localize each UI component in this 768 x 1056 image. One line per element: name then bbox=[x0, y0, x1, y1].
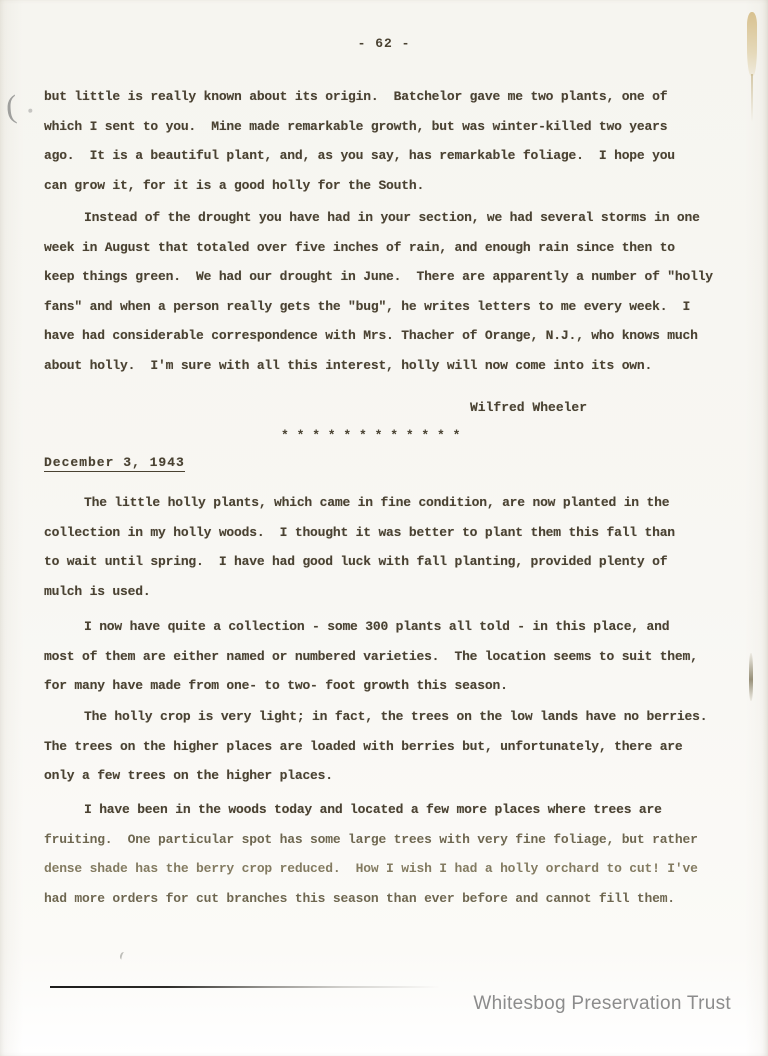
letter-line: had more orders for cut branches this se… bbox=[44, 884, 750, 914]
paragraph-collection: I now have quite a collection - some 300… bbox=[44, 612, 750, 701]
small-pencil-mark bbox=[119, 951, 127, 960]
letter-line: fruiting. One particular spot has some l… bbox=[44, 825, 750, 855]
letter-line: Instead of the drought you have had in y… bbox=[44, 203, 750, 233]
letter-line: only a few trees on the higher places. bbox=[44, 761, 750, 791]
letter-line: mulch is used. bbox=[44, 577, 750, 607]
letter-line: keep things green. We had our drought in… bbox=[44, 262, 750, 292]
letter-line: most of them are either named or numbere… bbox=[44, 642, 750, 672]
letter-line: I now have quite a collection - some 300… bbox=[44, 612, 750, 642]
letter-line: have had considerable correspondence wit… bbox=[44, 321, 750, 351]
page-number: - 62 - bbox=[0, 36, 768, 51]
letter-line: which I sent to you. Mine made remarkabl… bbox=[44, 112, 750, 142]
paragraph-crop: The holly crop is very light; in fact, t… bbox=[44, 702, 750, 791]
letter-line: week in August that totaled over five in… bbox=[44, 233, 750, 263]
asterisk-separator: * * * * * * * * * * * * bbox=[281, 428, 460, 443]
watermark: Whitesbog Preservation Trust bbox=[473, 993, 731, 1015]
letter-line: collection in my holly woods. I thought … bbox=[44, 518, 750, 548]
pencil-annotation-mark: ( bbox=[5, 88, 18, 126]
letter-line: I have been in the woods today and locat… bbox=[44, 795, 750, 825]
paragraph-woods: I have been in the woods today and locat… bbox=[44, 795, 750, 913]
paragraph-planting: The little holly plants, which came in f… bbox=[44, 488, 750, 606]
letter-line: dense shade has the berry crop reduced. … bbox=[44, 854, 750, 884]
letter-line: but little is really known about its ori… bbox=[44, 82, 750, 112]
scanned-letter-page: - 62 - ( but little is really known abou… bbox=[0, 0, 768, 1056]
letter-line: to wait until spring. I have had good lu… bbox=[44, 547, 750, 577]
letter-line: can grow it, for it is a good holly for … bbox=[44, 171, 750, 201]
tape-stain-top-right bbox=[747, 12, 757, 76]
letter-line: The trees on the higher places are loade… bbox=[44, 732, 750, 762]
letter-line: The holly crop is very light; in fact, t… bbox=[44, 702, 750, 732]
letter-line: The little holly plants, which came in f… bbox=[44, 488, 750, 518]
letter-line: ago. It is a beautiful plant, and, as yo… bbox=[44, 141, 750, 171]
paragraph-storms: Instead of the drought you have had in y… bbox=[44, 203, 750, 380]
paragraph-continuation: but little is really known about its ori… bbox=[44, 82, 750, 200]
date-heading: December 3, 1943 bbox=[44, 455, 185, 472]
scan-artifact-line bbox=[50, 986, 440, 988]
signature: Wilfred Wheeler bbox=[470, 400, 587, 415]
letter-line: fans" and when a person really gets the … bbox=[44, 292, 750, 322]
letter-line: for many have made from one- to two- foo… bbox=[44, 671, 750, 701]
letter-line: about holly. I'm sure with all this inte… bbox=[44, 351, 750, 381]
